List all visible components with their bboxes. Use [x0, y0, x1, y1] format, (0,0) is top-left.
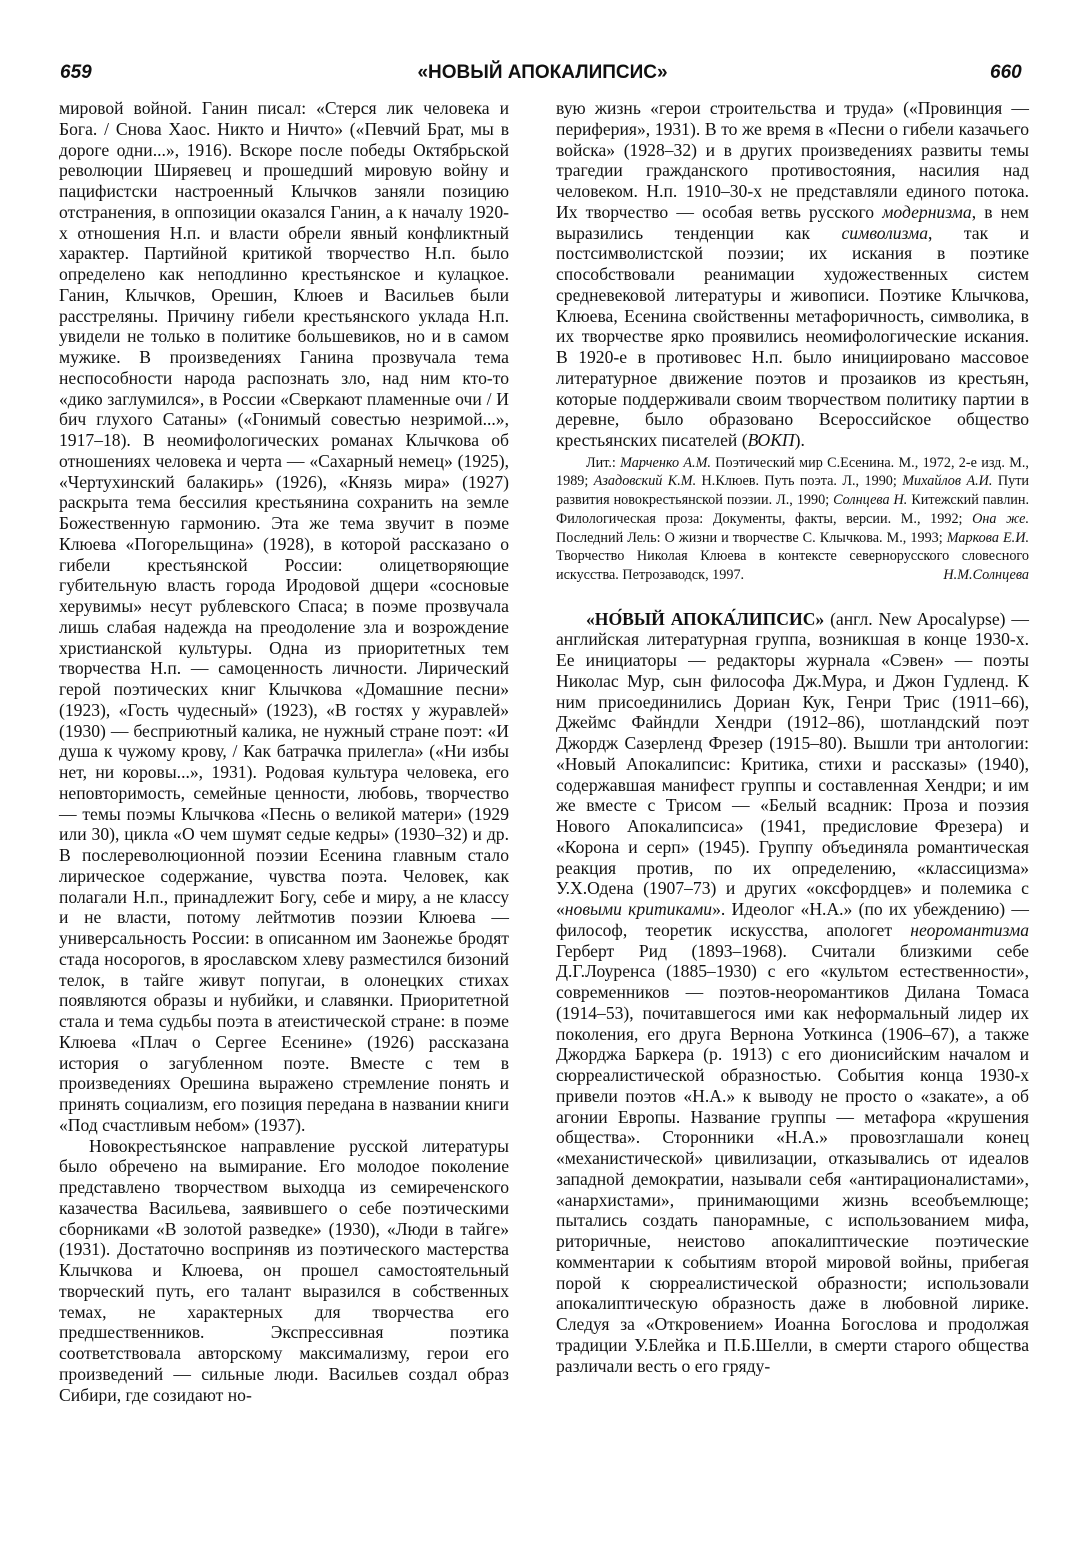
- author: Маркова Е.И.: [947, 530, 1029, 546]
- encyclopedia-entry: «НО́ВЫЙ АПОКА́ЛИПСИС» (англ. New Apocaly…: [556, 609, 1029, 1377]
- text-run: (англ. New Apocalypse) — английская лите…: [556, 609, 1029, 920]
- author: Она же.: [972, 511, 1029, 527]
- left-column: мировой войной. Ганин писал: «Стерся лик…: [59, 98, 509, 1405]
- term-link: ВОКП: [748, 430, 795, 450]
- right-column: вую жизнь «герои строительства и труда» …: [556, 98, 1029, 1376]
- entry-headword: «НО́ВЫЙ АПОКА́ЛИПСИС»: [586, 609, 824, 629]
- bibliography: Лит.: Марченко А.М. Поэтический мир С.Ес…: [556, 454, 1029, 585]
- running-title: «НОВЫЙ АПОКАЛИПСИС»: [0, 62, 1085, 84]
- paragraph: мировой войной. Ганин писал: «Стерся лик…: [59, 98, 509, 1136]
- page-number-right: 660: [990, 62, 1022, 84]
- bibliography-label: Лит.:: [586, 455, 620, 471]
- term-link: символизма: [841, 223, 928, 243]
- author: Солнцева Н.: [833, 492, 907, 508]
- text-run: Последний Лель: О жизни и творчестве С. …: [556, 530, 947, 546]
- term-link: модернизма: [882, 202, 972, 222]
- text-run: ).: [795, 430, 805, 450]
- text-run: Н.Клюев. Путь поэта. Л., 1990;: [696, 473, 902, 489]
- author: Азадовский К.М.: [594, 473, 696, 489]
- paragraph: Новокрестьянское направление русской лит…: [59, 1136, 509, 1406]
- paragraph: вую жизнь «герои строительства и труда» …: [556, 98, 1029, 451]
- author: Марченко А.М.: [620, 455, 711, 471]
- term-link: неоромантизма: [910, 920, 1029, 940]
- author: Михайлов А.И.: [902, 473, 992, 489]
- text-run: , так и постсимволистской поэзии; их иск…: [556, 223, 1029, 451]
- term-link: новыми критиками: [565, 899, 712, 919]
- text-run: Герберт Рид (1893–1968). Считали близким…: [556, 941, 1029, 1376]
